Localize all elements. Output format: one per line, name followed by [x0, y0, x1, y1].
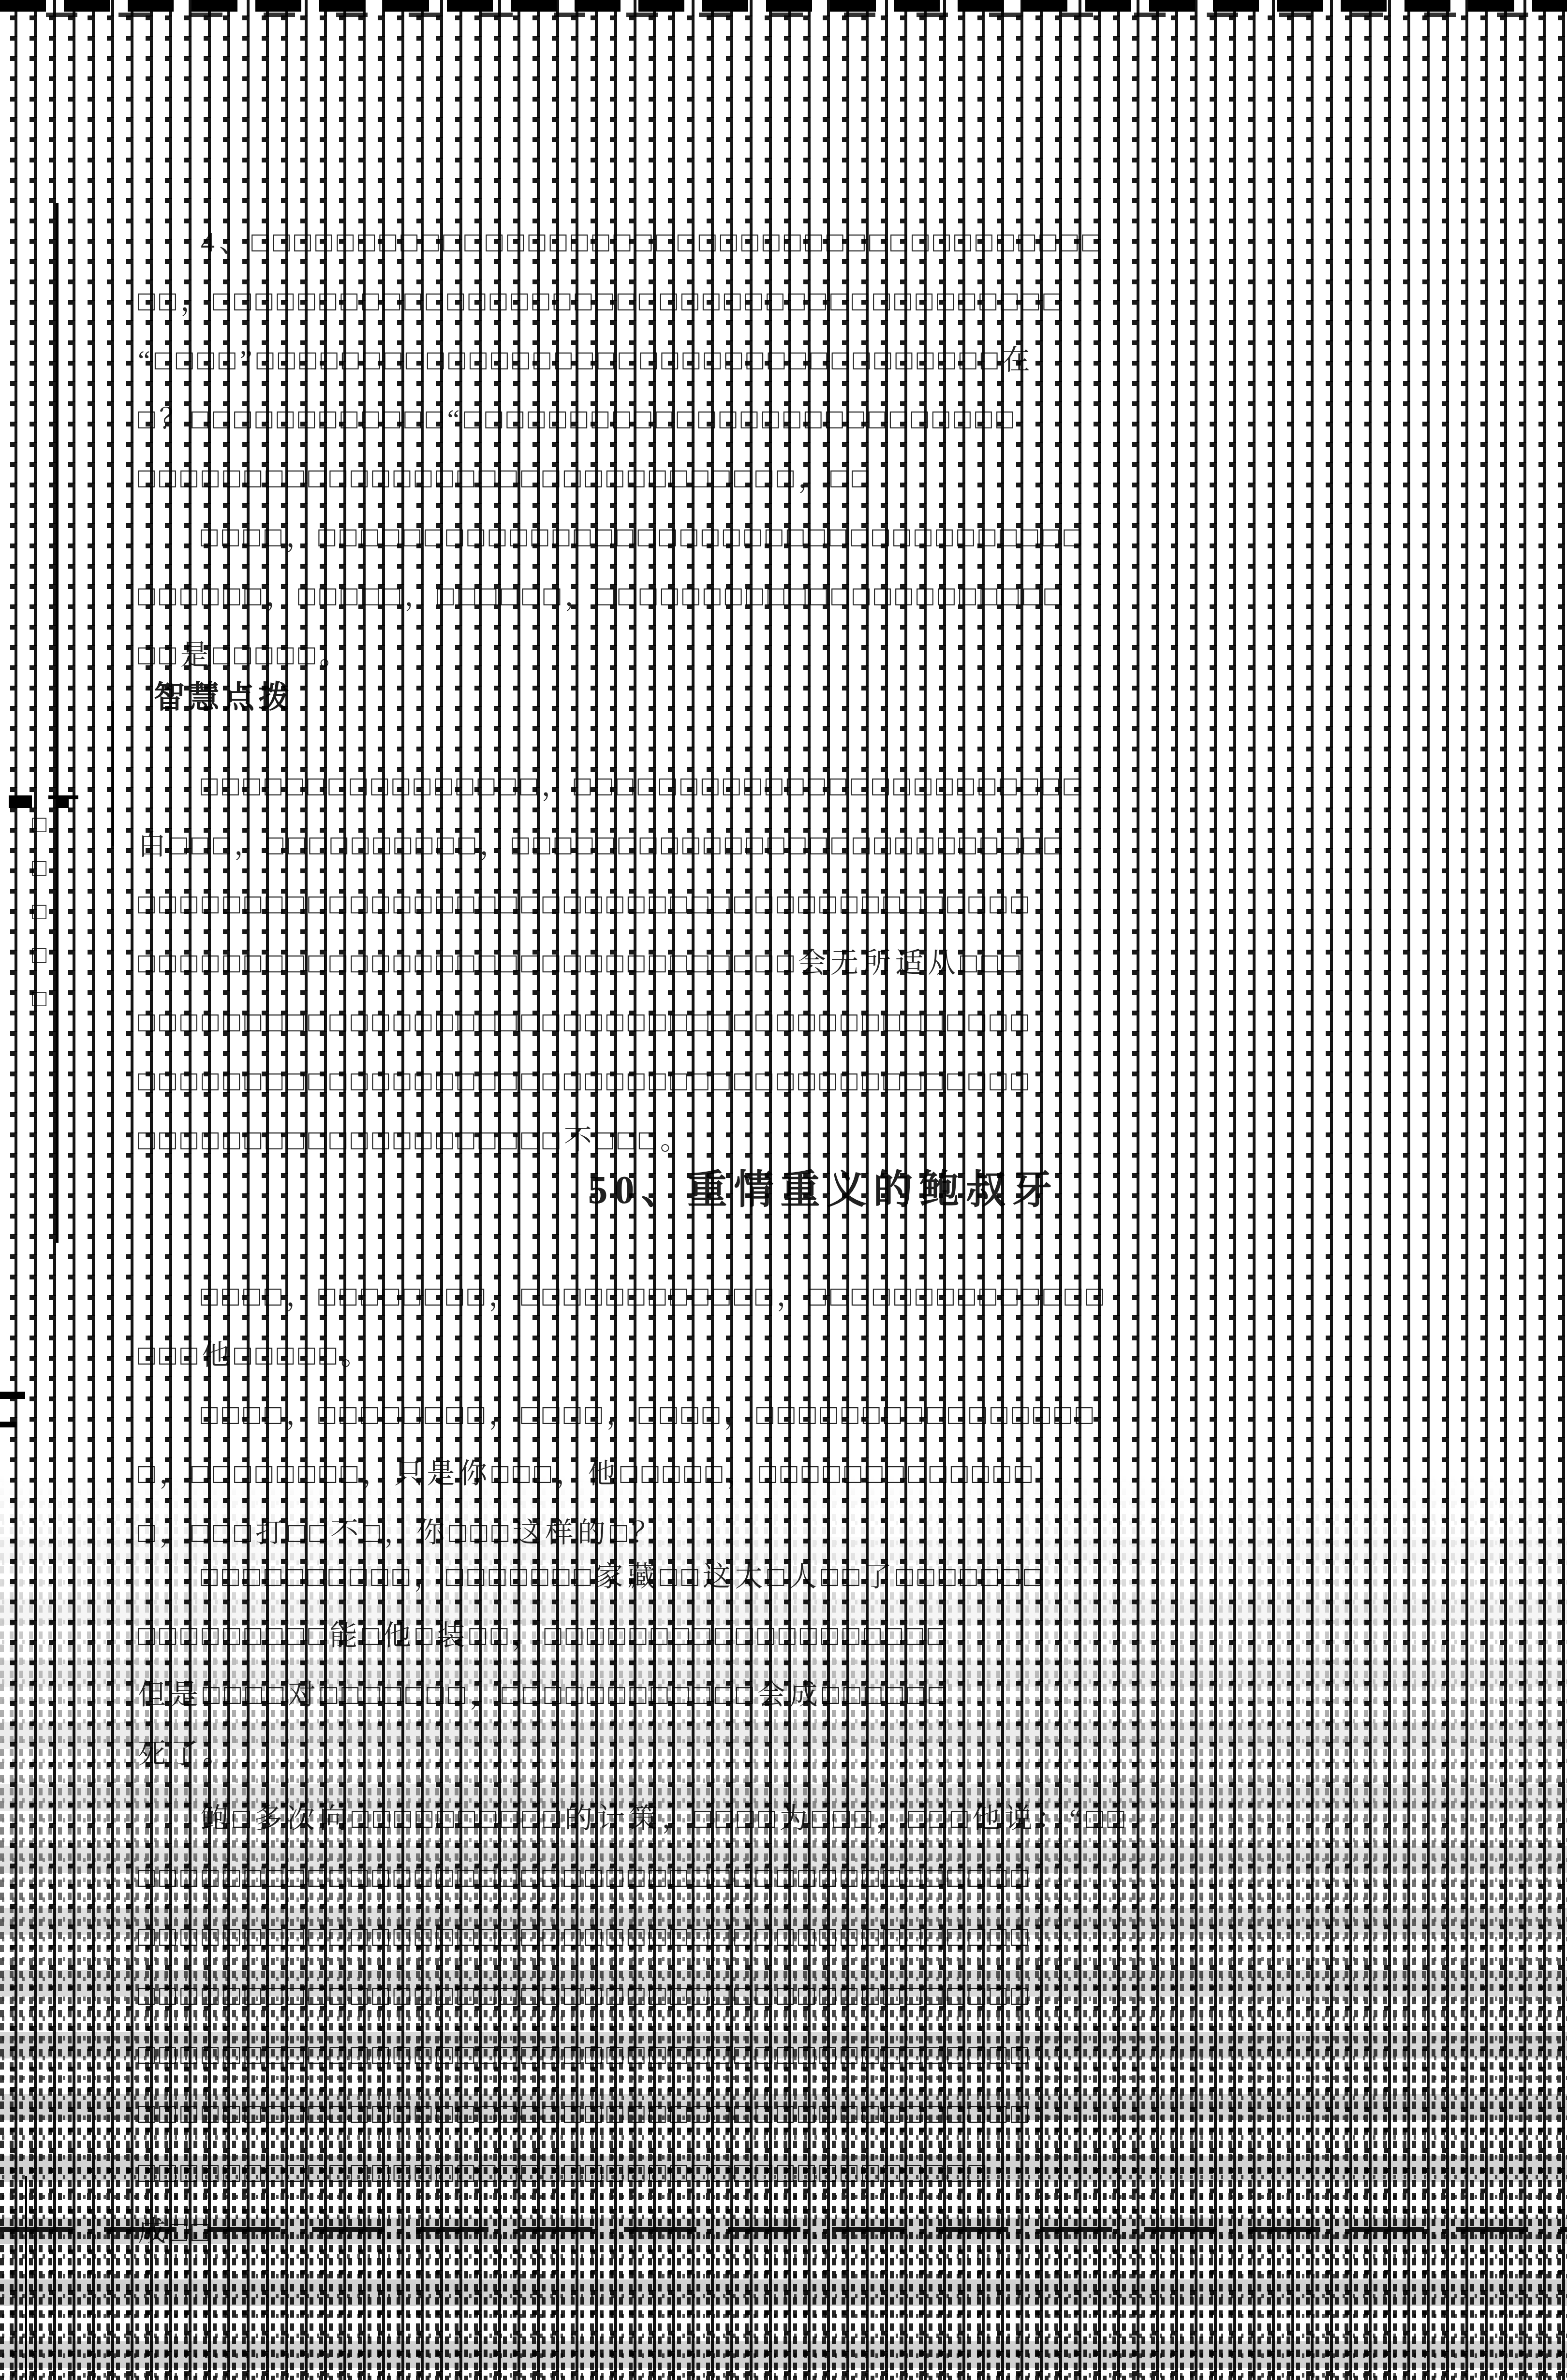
text-line: □□□□□□□□□□□□□□□□□□□□□□□□□□□□□□□□□□□□□□□□…: [138, 1966, 1509, 2025]
left-margin-blot: [48, 795, 78, 799]
text-line: 4、□□□□□□□□□□□□□□□□□□□□□□□□□□□□□□□□□□□□□□…: [138, 213, 1509, 272]
text-line: □□□□□□□□□□□□□□□□□□□□□□□□□□□□□□□□□□□□□□□□…: [138, 2084, 1509, 2143]
text-line: □，□□□□□□□□，只是你□□□，他□□□□□，□□□□□□□□□□□□□: [138, 1444, 1509, 1503]
text-line: □□□□□□□□□□□□□□□□□□□□□□□□□□□□□□□，□□: [138, 449, 1509, 508]
paragraph-1: 4、□□□□□□□□□□□□□□□□□□□□□□□□□□□□□□□□□□□□□□…: [138, 213, 1509, 508]
text-line: □？□□□□□□□□□□□□“□□□□□□□□□□□□□□□□□□□□□□□□□…: [138, 390, 1509, 449]
paragraph-3: □□□□□□□□□□□□□□□□，□□□□□□□□□□□□□□□□□□□□□□□…: [138, 757, 1509, 1170]
text-line: □□□□□□□□□□，□□□□□□□家藏□□这太□人□□了□□□□□□□: [138, 1547, 1509, 1606]
margin-vertical-title: □□□□□: [25, 810, 53, 1028]
text-line: □□□□□□□□□□□□□□□□，□□□□□□□□□□□□□□□□□□□□□□□…: [138, 757, 1509, 816]
vertical-streak-line: [25, 2176, 27, 2380]
vertical-streak-line: [112, 701, 114, 846]
text-line: □□□□，□□□□□□□□，□□□□，□□□□，□□□□□□□□□□□□□□□□: [138, 1385, 1509, 1444]
left-margin-blot: [0, 1422, 16, 1427]
text-line: □□□□□□□□□□□□□□□□□□□□□□□□□□□□□□□□□□□□□□□□…: [138, 1052, 1509, 1111]
text-line: “□□□□”□□□□□□□□□□□□□□□□□□□□□□□□□□□□□□□□□□…: [138, 331, 1509, 390]
paragraph-5: □□□□，□□□□□□□□，□□□□，□□□□，□□□□□□□□□□□□□□□□…: [138, 1385, 1509, 1562]
text-line: □□是□□□□□。: [138, 626, 1509, 685]
paragraph-2: □□□□，□□□□□□□□□□□□□□□□□□□□□□□□□□□□□□□□□□□…: [138, 508, 1509, 685]
top-edge-dashes: [0, 0, 1567, 12]
text-line: □□□他□□□□□。: [138, 1326, 1509, 1385]
text-line: □□□□，□□□□□□□□，□□□□□□□□□□□□，□□□□□□□□□□□□□…: [138, 1267, 1509, 1326]
text-line: □□□□□□□□□□□□□□□□□□□□□□□□□□□□□□□□□□□□□□□□…: [138, 2025, 1509, 2084]
paragraph-7: 鲍□多次向□□□□□□□□□□的计策，□□□□为□□□，□□□他说：“□□ □□…: [138, 1789, 1509, 2261]
text-line: □□□□□□□□□□□□□□□□□□□□□□□□□□□□□□□□□□□□□□□□…: [138, 875, 1509, 934]
top-edge-dashes-secondary: [19, 13, 1567, 17]
paragraph-6: □□□□□□□□□□，□□□□□□□家藏□□这太□人□□了□□□□□□□ □□□…: [138, 1547, 1509, 1783]
text-line: □□□□□□□□□□□□□□□□□□□□□□□□□□□□□□□□□□□□□□□□…: [138, 1848, 1509, 1907]
text-line: 鲍□多次向□□□□□□□□□□的计策，□□□□为□□□，□□□他说：“□□: [138, 1789, 1509, 1848]
paragraph-4: □□□□，□□□□□□□□，□□□□□□□□□□□□，□□□□□□□□□□□□□…: [138, 1267, 1509, 1385]
tip-heading: 智慧点拨: [154, 672, 293, 717]
text-line: 白□□□，□□□□□□□□□□，□□□□□□□□□□□□□□□□□□□□□□□□…: [138, 816, 1509, 875]
vertical-streak-line: [56, 203, 59, 1243]
text-line: □□□□□□□□□能□他□装□□，□□□□□□□□□□□□□□□□□□□: [138, 1606, 1509, 1665]
story-heading: 50、重情重义的鲍叔牙: [138, 1158, 1509, 1215]
text-line: 但是□□□□对□□□□□□□，□□□□□□□□□□□□会成□□□□□□: [138, 1665, 1509, 1724]
text-line: □□□□，□□□□□□□□□□□□□□□□□□□□□□□□□□□□□□□□□□□…: [138, 508, 1509, 567]
text-line: □□□□□□□□□□□□□□□□□□□□□□□□□□□□□□□□□□□□□□□□…: [138, 1907, 1509, 1966]
text-layer: 4、□□□□□□□□□□□□□□□□□□□□□□□□□□□□□□□□□□□□□□…: [0, 0, 1567, 2380]
text-line: □□□□□□□□□□□□□□□□□□□□□□□□□□□□□□□□□□□□□□□□: [138, 2143, 1509, 2202]
text-line: 死了。: [138, 1724, 1509, 1783]
text-line: □□□□□□，□□□□□，□□□□□□，□□□□□□□□□□□□□□□□□□□□…: [138, 567, 1509, 626]
text-line: □□□□□□□□□□□□□□□□□□□□□□□□□□□□□□□会无所适从□□□: [138, 934, 1509, 993]
left-margin-blot: [9, 795, 32, 808]
text-line: □□□□□□□□□□□□□□□□□□□□□□□□□□□□□□□□□□□□□□□□…: [138, 993, 1509, 1052]
left-margin-blot: [58, 799, 69, 808]
horizontal-dashed-rule: [0, 2227, 1567, 2232]
text-line: □□，□□□□□□□□□□□□□□□□□□□□□□□□□□□□□□□□□□□□□…: [138, 272, 1509, 331]
scanned-book-page: 4、□□□□□□□□□□□□□□□□□□□□□□□□□□□□□□□□□□□□□□…: [0, 0, 1567, 2380]
left-margin-blot: [0, 1392, 25, 1399]
